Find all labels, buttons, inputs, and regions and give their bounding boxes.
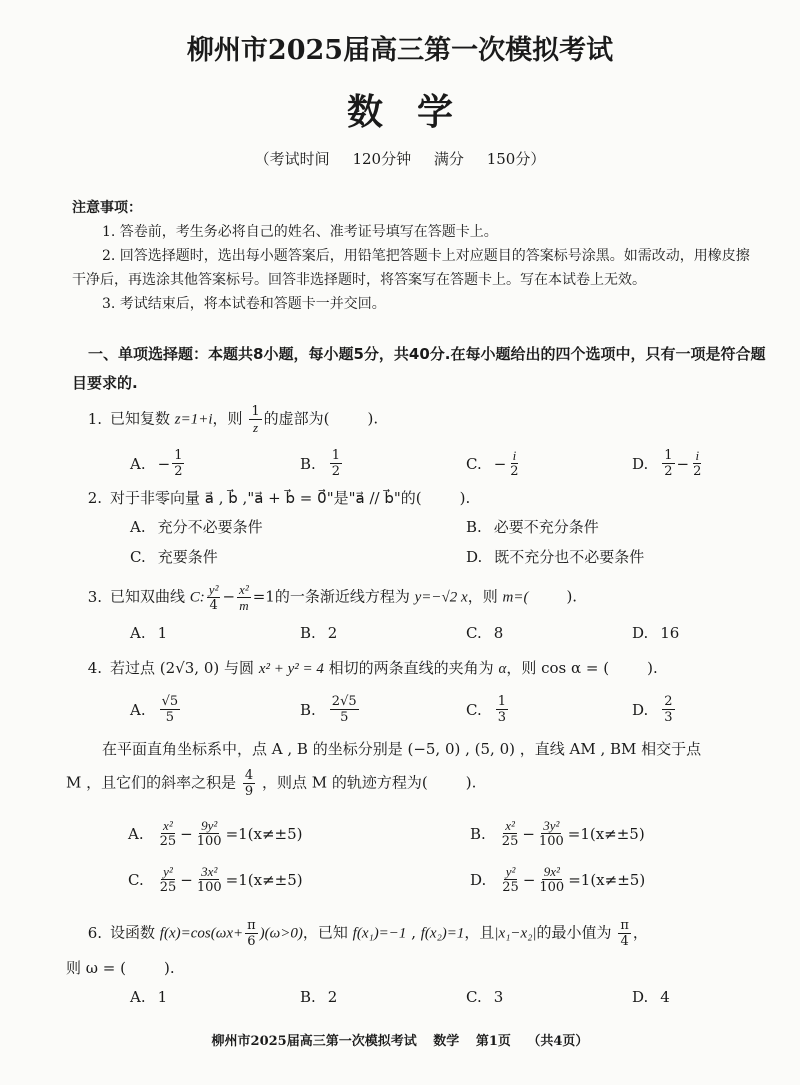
option-label: A.	[130, 518, 146, 536]
stem-math: f(x)=cos(ωx+	[160, 926, 243, 942]
option-label: D.	[632, 624, 648, 642]
numerator: y²	[504, 864, 518, 880]
numerator: y²	[207, 582, 221, 598]
denominator: 5	[338, 710, 350, 725]
stem-end: ).	[164, 959, 175, 977]
option-label: B.	[466, 518, 482, 536]
denominator: 25	[500, 834, 521, 849]
stem-math: f(x₁)=−1	[353, 926, 407, 942]
numerator: x²	[161, 818, 175, 834]
option-label: B.	[300, 988, 316, 1006]
stem-text: 对于非零向量 a⃗ , b⃗ ,"a⃗ + b⃗ = 0⃗"是"a⃗ // b⃗…	[110, 489, 422, 507]
numerator: π	[618, 918, 631, 934]
option-a[interactable]: A.x²25−9y²100=1(x≠±5)	[128, 818, 303, 849]
option-tail: =1(x≠±5)	[226, 825, 303, 843]
denominator: 4	[618, 934, 630, 949]
denominator: 2	[508, 464, 520, 479]
denominator: 100	[195, 880, 224, 895]
stem-text: 若过点	[110, 659, 155, 677]
denominator: 100	[537, 880, 566, 895]
fraction: 23	[662, 694, 674, 725]
denominator: 3	[496, 710, 508, 725]
fraction: 49	[243, 768, 255, 799]
fraction: 12	[330, 448, 342, 479]
stem-math: C:	[190, 590, 205, 606]
question-6-line-2: 则 ω = ().	[66, 956, 766, 980]
option-b[interactable]: B.必要不充分条件	[466, 516, 599, 537]
option-c[interactable]: C.3	[466, 988, 503, 1006]
fraction: 9y²100	[195, 818, 224, 849]
stem-text: ，已知	[303, 924, 348, 942]
fraction: 12	[172, 448, 184, 479]
option-label: C.	[128, 871, 144, 889]
numerator: 1	[496, 694, 508, 710]
notice-item-3: 3. 考试结束后，将本试卷和答题卡一并交回。	[72, 292, 762, 316]
fraction: i2	[691, 448, 703, 479]
stem-text: 已知双曲线	[110, 588, 185, 606]
denominator: 25	[158, 834, 179, 849]
denominator: 100	[195, 834, 224, 849]
sign: −	[222, 588, 235, 606]
stem-text: ，则	[213, 410, 243, 428]
stem-math: |x₁−x₂|	[494, 926, 536, 942]
numerator: y²	[161, 864, 175, 880]
stem-math: f(x₂)=1	[421, 926, 465, 942]
numerator: 1	[662, 448, 674, 464]
denominator: 5	[164, 710, 176, 725]
stem-end: ).	[367, 410, 378, 428]
question-1: 1.已知复数 z=1+i，则 1z的虚部为().	[72, 404, 772, 435]
question-4: 4.若过点 (2√3, 0) 与圆 x² + y² = 4 相切的两条直线的夹角…	[72, 656, 772, 681]
option-text: 充要条件	[158, 546, 218, 567]
option-label: C.	[466, 455, 482, 473]
section-heading: 一、单项选择题：本题共8小题，每小题5分，共40分.在每小题给出的四个选项中，只…	[72, 340, 767, 398]
option-text: 1	[158, 988, 168, 1006]
option-text: 8	[494, 624, 504, 642]
question-2: 2.对于非零向量 a⃗ , b⃗ ,"a⃗ + b⃗ = 0⃗"是"a⃗ // …	[72, 486, 772, 510]
fraction: x²25	[158, 818, 179, 849]
sign: −	[494, 455, 507, 473]
denominator: 4	[207, 598, 219, 613]
fraction: x²25	[500, 818, 521, 849]
numerator: x²	[503, 818, 517, 834]
stem-text: 相切的两条直线的夹角为	[329, 659, 494, 677]
option-d[interactable]: D.y²25−9x²100=1(x≠±5)	[470, 864, 645, 895]
fraction: 12	[662, 448, 674, 479]
numerator: π	[245, 918, 258, 934]
option-label: B.	[470, 825, 486, 843]
numerator: 1	[249, 404, 261, 420]
fraction: 3x²100	[195, 864, 224, 895]
numerator: 9y²	[199, 818, 219, 834]
numerator: i	[693, 448, 701, 464]
denominator: 25	[500, 880, 521, 895]
numerator: 9x²	[542, 864, 562, 880]
fraction: 1z	[249, 404, 261, 435]
denominator: 25	[158, 880, 179, 895]
denominator: m	[237, 598, 250, 613]
option-text: 1	[158, 624, 168, 642]
option-b[interactable]: B.12	[300, 448, 344, 479]
stem-text: 设函数	[110, 924, 155, 942]
denominator: 2	[662, 464, 674, 479]
question-3: 3.已知双曲线 C:y²4−x²m=1的一条渐近线方程为 y=−√2 x，则 m…	[72, 582, 772, 613]
denominator: 9	[243, 784, 255, 799]
question-number: 1.	[72, 407, 102, 431]
page-footer: 柳州市2025届高三第一次模拟考试 数学 第1页 （共4页）	[0, 1030, 800, 1049]
option-d[interactable]: D.23	[632, 694, 677, 725]
denominator: z	[251, 420, 260, 435]
stem-text: 的一条渐近线方程为	[275, 588, 410, 606]
stem-math: =1	[253, 588, 275, 606]
option-label: A.	[130, 624, 146, 642]
option-tail: =1(x≠±5)	[226, 871, 303, 889]
exam-time-label: （考试时间	[255, 150, 330, 168]
footer-exam: 柳州市2025届高三第一次模拟考试	[212, 1034, 417, 1049]
question-5: 在平面直角坐标系中，点 A , B 的坐标分别是 (−5, 0) , (5, 0…	[72, 737, 772, 761]
stem-end: ).	[460, 489, 471, 507]
exam-title: 柳州市2025届高三第一次模拟考试	[0, 28, 800, 67]
denominator: 2	[172, 464, 184, 479]
option-c[interactable]: C.−i2	[466, 448, 523, 479]
stem-text: 的最小值为	[537, 924, 612, 942]
option-label: C.	[466, 624, 482, 642]
stem-math: z=1+i	[175, 412, 213, 428]
fraction: 9x²100	[537, 864, 566, 895]
denominator: 2	[330, 464, 342, 479]
exam-info: （考试时间 120分钟 满分 150分）	[0, 148, 800, 169]
stem-math: cos α = (	[541, 659, 609, 677]
notice-item-1: 1. 答卷前，考生务必将自己的姓名、准考证号填写在答题卡上。	[72, 220, 762, 244]
option-c[interactable]: C.13	[466, 694, 510, 725]
option-d[interactable]: D.4	[632, 988, 670, 1006]
numerator: i	[511, 448, 519, 464]
stem-text: ，则	[468, 588, 498, 606]
exam-time-value: 120分钟	[352, 150, 411, 168]
option-label: D.	[632, 455, 648, 473]
option-b[interactable]: B.x²25−3y²100=1(x≠±5)	[470, 818, 645, 849]
subject-title: 数学	[0, 84, 800, 135]
full-score-value: 150分）	[487, 150, 546, 168]
numerator: 3y²	[541, 818, 561, 834]
stem-math: (2√3, 0)	[160, 659, 219, 677]
fraction: x²m	[237, 582, 251, 613]
stem-math: m=(	[502, 590, 528, 606]
option-a[interactable]: A.−12	[130, 448, 186, 479]
question-6: 6.设函数 f(x)=cos(ωx+π6)(ω>0)，已知 f(x₁)=−1 ,…	[72, 918, 772, 949]
option-label: B.	[300, 624, 316, 642]
option-a[interactable]: A.1	[130, 988, 167, 1006]
stem-text: M ，且它们的斜率之积是	[66, 774, 236, 792]
option-a[interactable]: A.1	[130, 624, 167, 642]
stem-text: ，则	[506, 659, 536, 677]
option-label: D.	[470, 871, 486, 889]
option-text: 16	[660, 624, 679, 642]
option-b[interactable]: B.2	[300, 624, 337, 642]
numerator: 1	[172, 448, 184, 464]
option-c[interactable]: C.8	[466, 624, 503, 642]
denominator: 6	[245, 934, 257, 949]
option-b[interactable]: B.2√55	[300, 694, 361, 725]
footer-page: 第1页	[476, 1034, 511, 1049]
option-label: A.	[130, 988, 146, 1006]
option-label: C.	[466, 988, 482, 1006]
stem-text: ，且	[464, 924, 494, 942]
fraction: 3y²100	[537, 818, 566, 849]
option-label: A.	[128, 825, 144, 843]
question-number: 4.	[72, 656, 102, 680]
numerator: 4	[243, 768, 255, 784]
fraction: i2	[508, 448, 520, 479]
option-text: 既不充分也不必要条件	[494, 546, 644, 567]
stem-line-1: 在平面直角坐标系中，点 A , B 的坐标分别是 (−5, 0) , (5, 0…	[72, 737, 772, 761]
fraction: 13	[496, 694, 508, 725]
option-label: D.	[632, 701, 648, 719]
option-d[interactable]: D.12−i2	[632, 448, 705, 479]
numerator: √5	[160, 694, 181, 710]
option-text: 4	[660, 988, 670, 1006]
option-d[interactable]: D.16	[632, 624, 679, 642]
option-tail: =1(x≠±5)	[568, 825, 645, 843]
stem-text: 的虚部为(	[264, 410, 330, 428]
notice-item-2: 2. 回答选择题时，选出每小题答案后，用铅笔把答题卡上对应题目的答案标号涂黑。如…	[72, 244, 762, 292]
option-c[interactable]: C.y²25−3x²100=1(x≠±5)	[128, 864, 303, 895]
option-b[interactable]: B.2	[300, 988, 337, 1006]
denominator: 2	[691, 464, 703, 479]
question-number: 3.	[72, 585, 102, 609]
question-5-line-2: M ，且它们的斜率之积是 49 ，则点 M 的轨迹方程为().	[66, 768, 766, 799]
stem-end: ).	[566, 588, 577, 606]
notice-heading: 注意事项：	[72, 196, 762, 220]
stem-end: ).	[647, 659, 658, 677]
fraction: y²25	[158, 864, 179, 895]
denominator: 100	[537, 834, 566, 849]
fraction: 2√55	[330, 694, 359, 725]
numerator: 3x²	[199, 864, 219, 880]
stem-text: ，则点 M 的轨迹方程为(	[262, 774, 428, 792]
option-label: C.	[466, 701, 482, 719]
option-text: 2	[328, 624, 338, 642]
option-d[interactable]: D.既不充分也不必要条件	[466, 546, 644, 567]
fraction: π6	[245, 918, 258, 949]
fraction: √55	[160, 694, 181, 725]
fraction: y²25	[500, 864, 521, 895]
stem-math: )(ω>0)	[260, 926, 303, 942]
option-c[interactable]: C.充要条件	[130, 546, 218, 567]
fraction: π4	[618, 918, 631, 949]
question-number: 6.	[72, 921, 102, 945]
full-score-label: 满分	[434, 150, 464, 168]
denominator: 3	[662, 710, 674, 725]
numerator: x²	[237, 582, 251, 598]
stem-math: y=−√2 x	[415, 590, 468, 606]
option-label: D.	[632, 988, 648, 1006]
option-label: C.	[130, 548, 146, 566]
numerator: 2√5	[330, 694, 359, 710]
option-label: D.	[466, 548, 482, 566]
numerator: 1	[330, 448, 342, 464]
fraction: y²4	[207, 582, 221, 613]
stem-text: 则 ω = (	[66, 959, 126, 977]
option-label: B.	[300, 455, 316, 473]
option-a[interactable]: A.充分不必要条件	[130, 516, 263, 537]
option-text: 充分不必要条件	[158, 516, 263, 537]
footer-subject: 数学	[433, 1034, 459, 1049]
stem-text: ，	[633, 924, 648, 942]
option-text: 2	[328, 988, 338, 1006]
notice-block: 注意事项： 1. 答卷前，考生务必将自己的姓名、准考证号填写在答题卡上。 2. …	[72, 196, 762, 316]
option-label: A.	[130, 701, 146, 719]
question-number: 2.	[72, 486, 102, 510]
stem-end: ).	[466, 774, 477, 792]
sign: −	[158, 455, 171, 473]
numerator: 2	[662, 694, 674, 710]
footer-total: （共4页）	[527, 1034, 588, 1049]
option-a[interactable]: A.√55	[130, 694, 182, 725]
sign: −	[677, 455, 690, 473]
stem-text: 与圆	[224, 659, 254, 677]
option-label: A.	[130, 455, 146, 473]
stem-text: 已知复数	[110, 410, 170, 428]
option-tail: =1(x≠±5)	[568, 871, 645, 889]
stem-math: x² + y² = 4	[259, 661, 324, 677]
option-label: B.	[300, 701, 316, 719]
option-text: 3	[494, 988, 504, 1006]
option-text: 必要不充分条件	[494, 516, 599, 537]
